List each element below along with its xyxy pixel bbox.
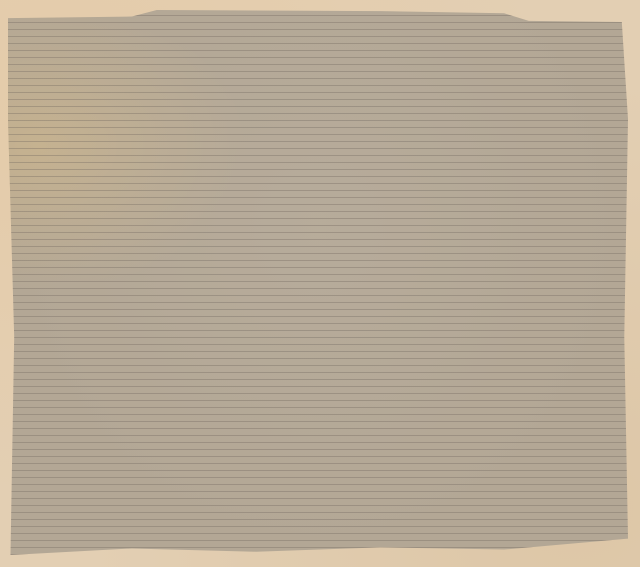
grey-lined-wash (8, 10, 628, 555)
paper-background: Scanned artwork: grey wash with dense fi… (0, 0, 640, 567)
